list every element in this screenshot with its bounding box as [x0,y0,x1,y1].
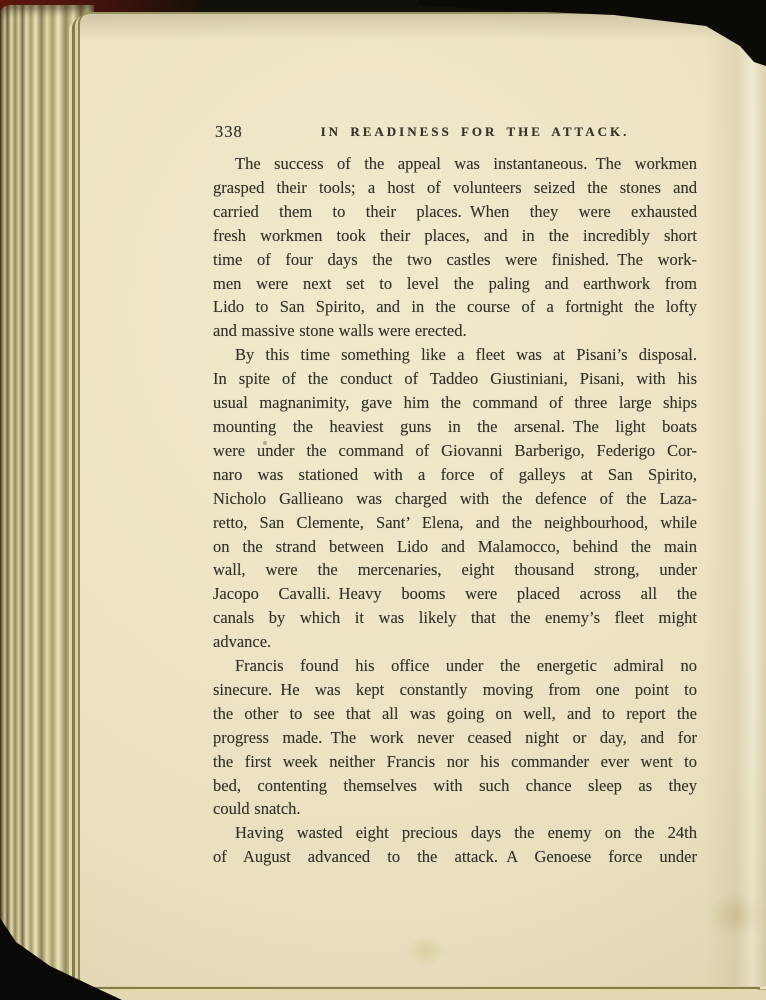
text-line: In spite of the conduct of Taddeo Giusti… [213,367,697,391]
page-number: 338 [215,122,243,142]
text-line: could snatch. [213,797,697,821]
paper-stain [406,936,446,966]
paragraph: The success of the appeal was instantane… [213,152,697,343]
text-line: and massive stone walls were erected. [213,319,697,343]
paragraph: By this time something like a fleet was … [213,343,697,654]
text-line: Jacopo Cavalli. Heavy booms were placed … [213,582,697,606]
text-line: carried them to their places. When they … [213,200,697,224]
paper-stain [708,892,766,938]
text-line: men were next set to level the paling an… [213,272,697,296]
text-line: wall, were the mercenaries, eight thousa… [213,558,697,582]
text-line: bed, contenting themselves with such cha… [213,774,697,798]
paper-speck [263,441,267,445]
text-line: fresh workmen took their places, and in … [213,224,697,248]
paragraph: Having wasted eight precious days the en… [213,821,697,869]
text-line: the first week neither Francis nor his c… [213,750,697,774]
text-line: By this time something like a fleet was … [213,343,697,367]
text-line: mounting the heaviest guns in the arsena… [213,415,697,439]
text-line: Nicholo Gallieano was charged with the d… [213,487,697,511]
text-line: The success of the appeal was instantane… [213,152,697,176]
text-block: The success of the appeal was instantane… [213,152,697,869]
paragraph: Francis found his office under the energ… [213,654,697,821]
text-line: on the strand between Lido and Malamocco… [213,535,697,559]
text-line: sinecure. He was kept constantly moving … [213,678,697,702]
running-head: IN READINESS FOR THE ATTACK. [253,124,697,140]
book-page: 338 IN READINESS FOR THE ATTACK. The suc… [78,12,766,986]
text-line: of August advanced to the attack. A Geno… [213,845,697,869]
text-line: progress made. The work never ceased nig… [213,726,697,750]
text-line: usual magnanimity, gave him the command … [213,391,697,415]
text-line: retto, San Clemente, Sant’ Elena, and th… [213,511,697,535]
book-photo: { "colors": { "paper": "#ece4c4", "ink":… [0,0,766,1000]
text-line: advance. [213,630,697,654]
text-line: Lido to San Spirito, and in the course o… [213,295,697,319]
text-line: time of four days the two castles were f… [213,248,697,272]
page-header: 338 IN READINESS FOR THE ATTACK. [213,122,697,144]
text-line: naro was stationed with a force of galle… [213,463,697,487]
text-line: Francis found his office under the energ… [213,654,697,678]
text-line: were under the command of Giovanni Barbe… [213,439,697,463]
text-line: Having wasted eight precious days the en… [213,821,697,845]
text-line: the other to see that all was going on w… [213,702,697,726]
text-line: canals by which it was likely that the e… [213,606,697,630]
text-line: grasped their tools; a host of volunteer… [213,176,697,200]
